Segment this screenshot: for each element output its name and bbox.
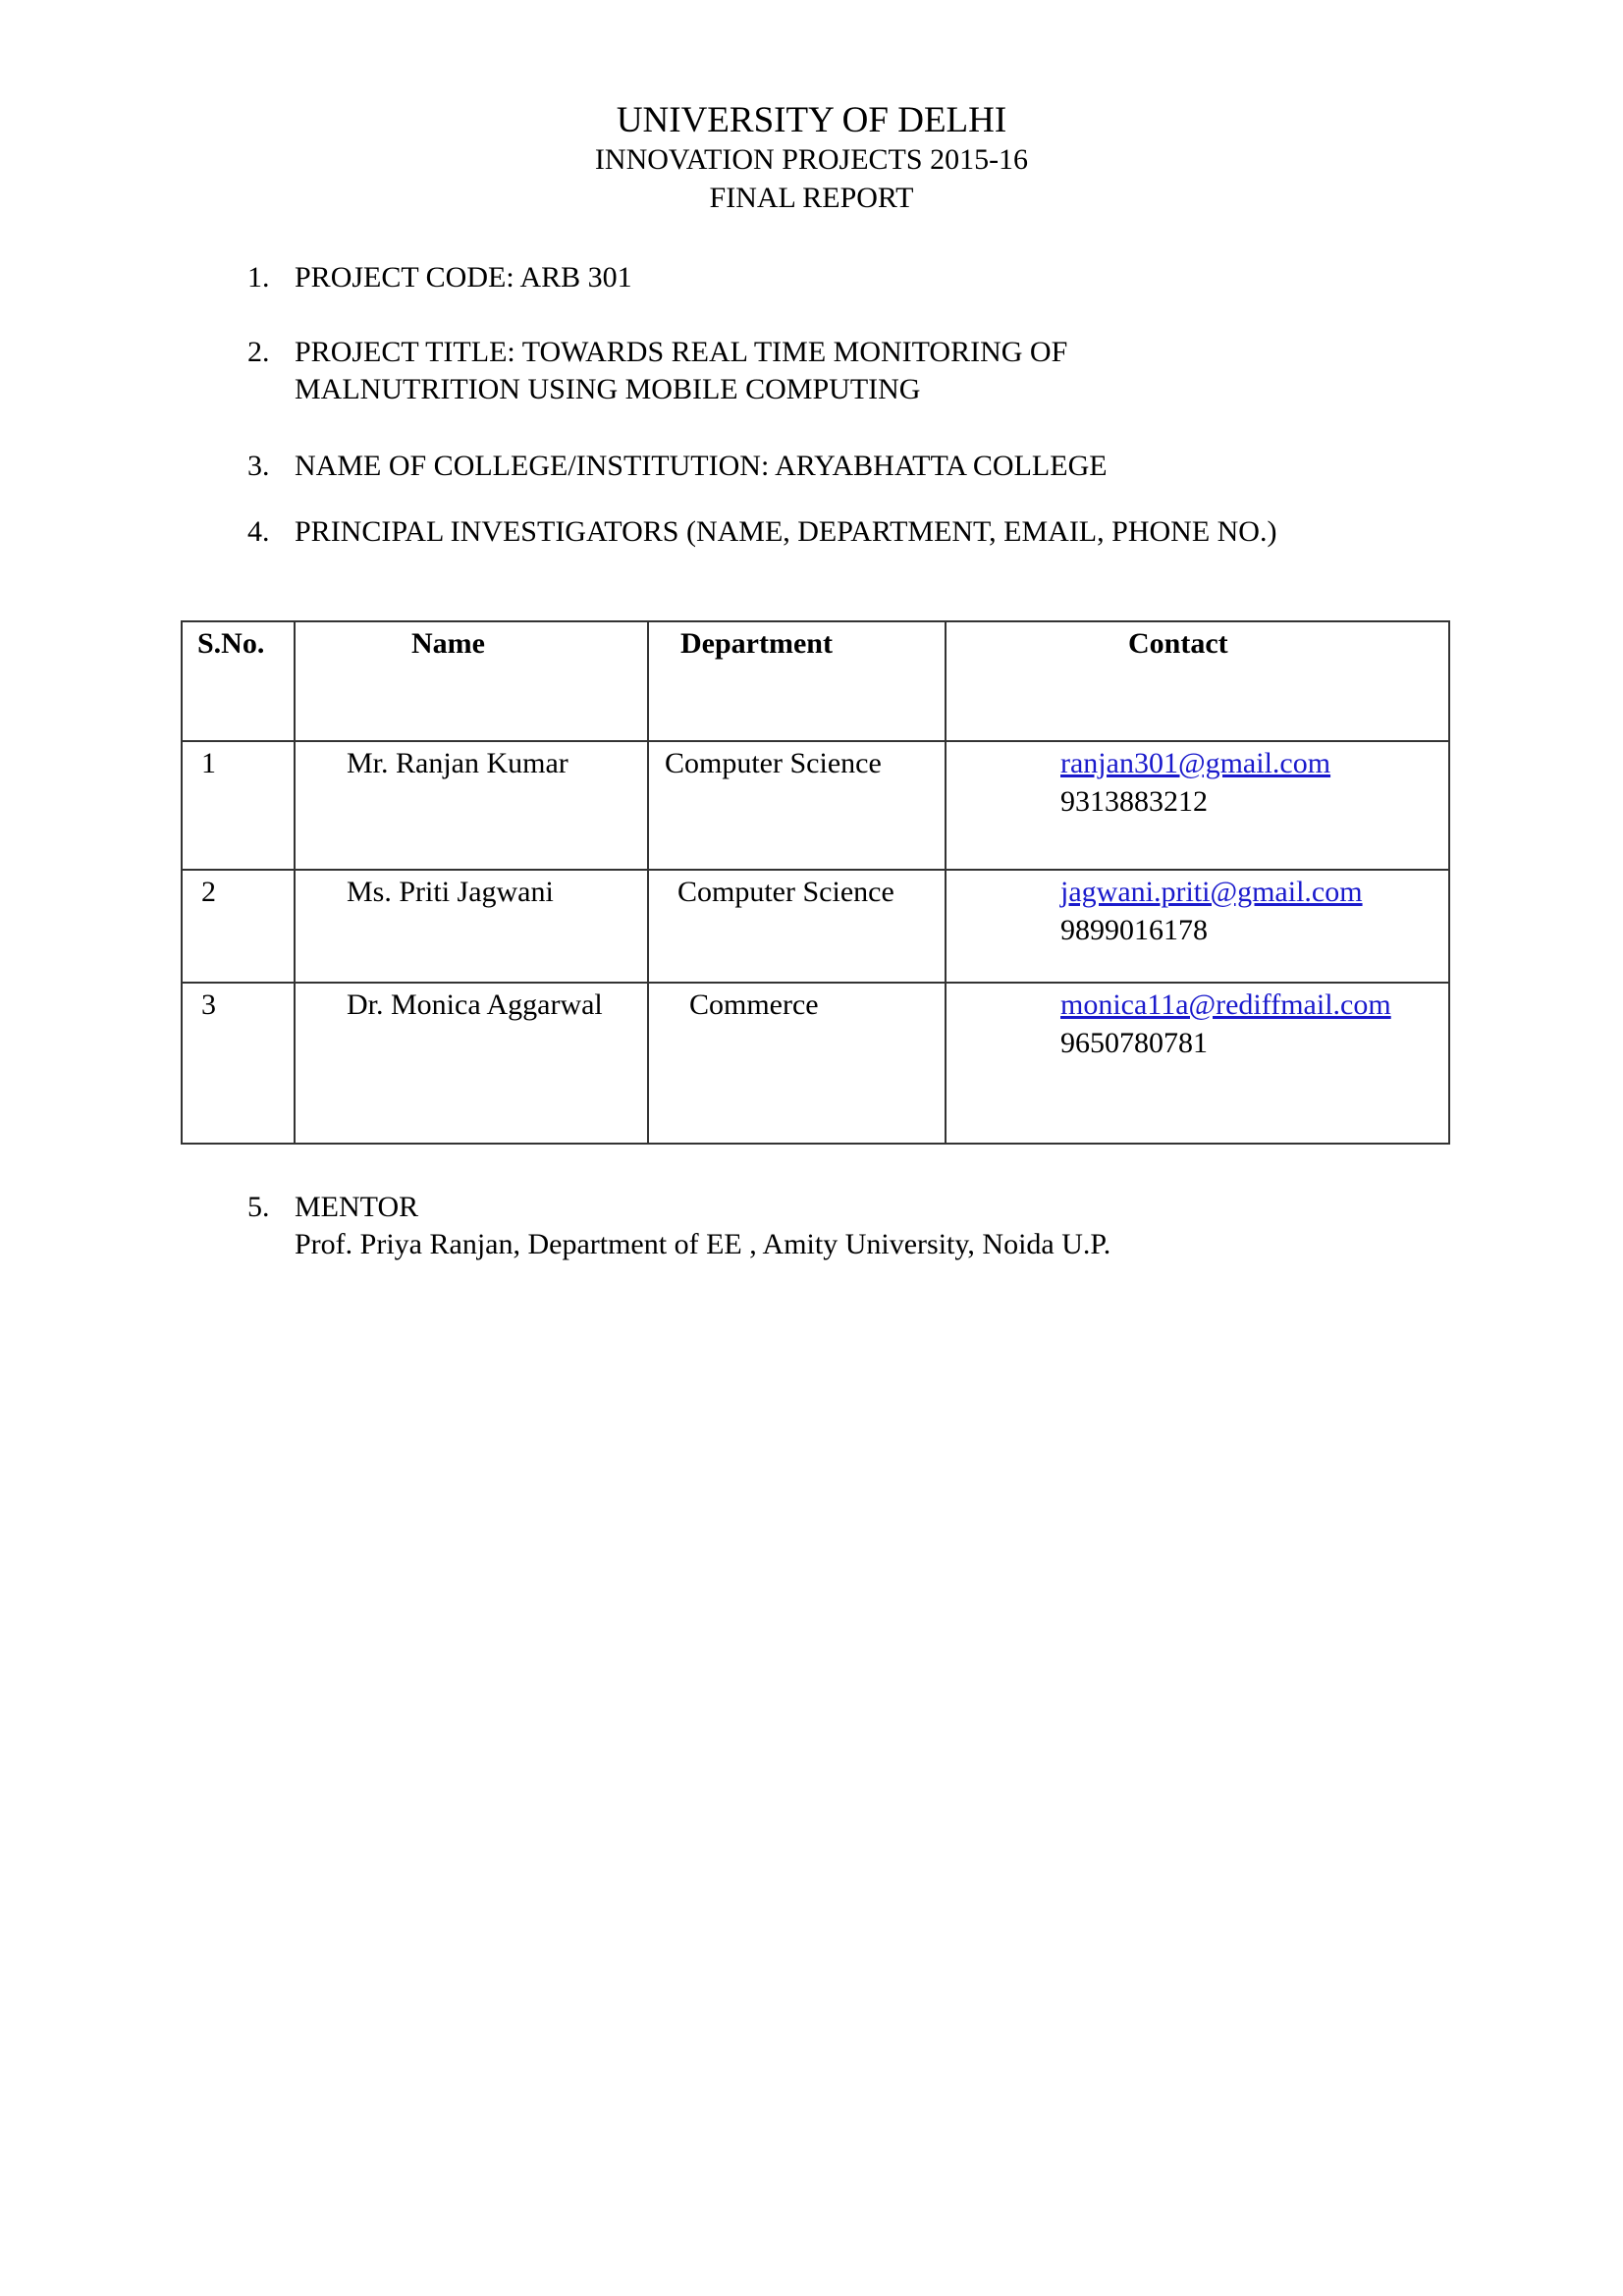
header-contact: Contact (946, 621, 1449, 741)
cell-department: Commerce (648, 983, 946, 1144)
item-number: 4. (247, 517, 270, 547)
cell-sno: 3 (182, 983, 295, 1144)
item-number: 2. (247, 338, 270, 367)
item-text: PRINCIPAL INVESTIGATORS (NAME, DEPARTMEN… (295, 517, 1276, 547)
cell-contact: ranjan301@gmail.com 9313883212 (946, 741, 1449, 870)
item-text-continued: MALNUTRITION USING MOBILE COMPUTING (295, 375, 920, 404)
cell-name: Dr. Monica Aggarwal (295, 983, 648, 1144)
cell-contact: monica11a@rediffmail.com 9650780781 (946, 983, 1449, 1144)
item-text: PROJECT CODE: ARB 301 (295, 263, 632, 293)
phone-number: 9899016178 (1060, 914, 1208, 946)
email-link[interactable]: jagwani.priti@gmail.com (1060, 876, 1363, 908)
email-link[interactable]: ranjan301@gmail.com (1060, 747, 1330, 779)
header-department: Department (648, 621, 946, 741)
cell-department: Computer Science (648, 741, 946, 870)
university-title: UNIVERSITY OF DELHI (0, 102, 1623, 138)
item-number: 1. (247, 263, 270, 293)
header-name: Name (295, 621, 648, 741)
program-title: INNOVATION PROJECTS 2015-16 (0, 145, 1623, 175)
mentor-details: Prof. Priya Ranjan, Department of EE , A… (295, 1230, 1110, 1259)
email-link[interactable]: monica11a@rediffmail.com (1060, 988, 1391, 1021)
item-text: PROJECT TITLE: TOWARDS REAL TIME MONITOR… (295, 338, 1067, 367)
cell-name: Ms. Priti Jagwani (295, 870, 648, 983)
table-header-row: S.No. Name Department Contact (182, 621, 1449, 741)
cell-name: Mr. Ranjan Kumar (295, 741, 648, 870)
header-sno: S.No. (182, 621, 295, 741)
table-row: 2 Ms. Priti Jagwani Computer Science jag… (182, 870, 1449, 983)
cell-department: Computer Science (648, 870, 946, 983)
mentor-label: MENTOR (295, 1193, 418, 1222)
cell-contact: jagwani.priti@gmail.com 9899016178 (946, 870, 1449, 983)
cell-sno: 1 (182, 741, 295, 870)
item-text: NAME OF COLLEGE/INSTITUTION: ARYABHATTA … (295, 452, 1108, 481)
item-number: 3. (247, 452, 270, 481)
report-type: FINAL REPORT (0, 184, 1623, 213)
table-row: 3 Dr. Monica Aggarwal Commerce monica11a… (182, 983, 1449, 1144)
table-row: 1 Mr. Ranjan Kumar Computer Science ranj… (182, 741, 1449, 870)
investigators-table: S.No. Name Department Contact 1 Mr. Ranj… (181, 620, 1450, 1145)
phone-number: 9313883212 (1060, 785, 1208, 818)
phone-number: 9650780781 (1060, 1027, 1208, 1059)
cell-sno: 2 (182, 870, 295, 983)
item-number: 5. (247, 1193, 270, 1222)
